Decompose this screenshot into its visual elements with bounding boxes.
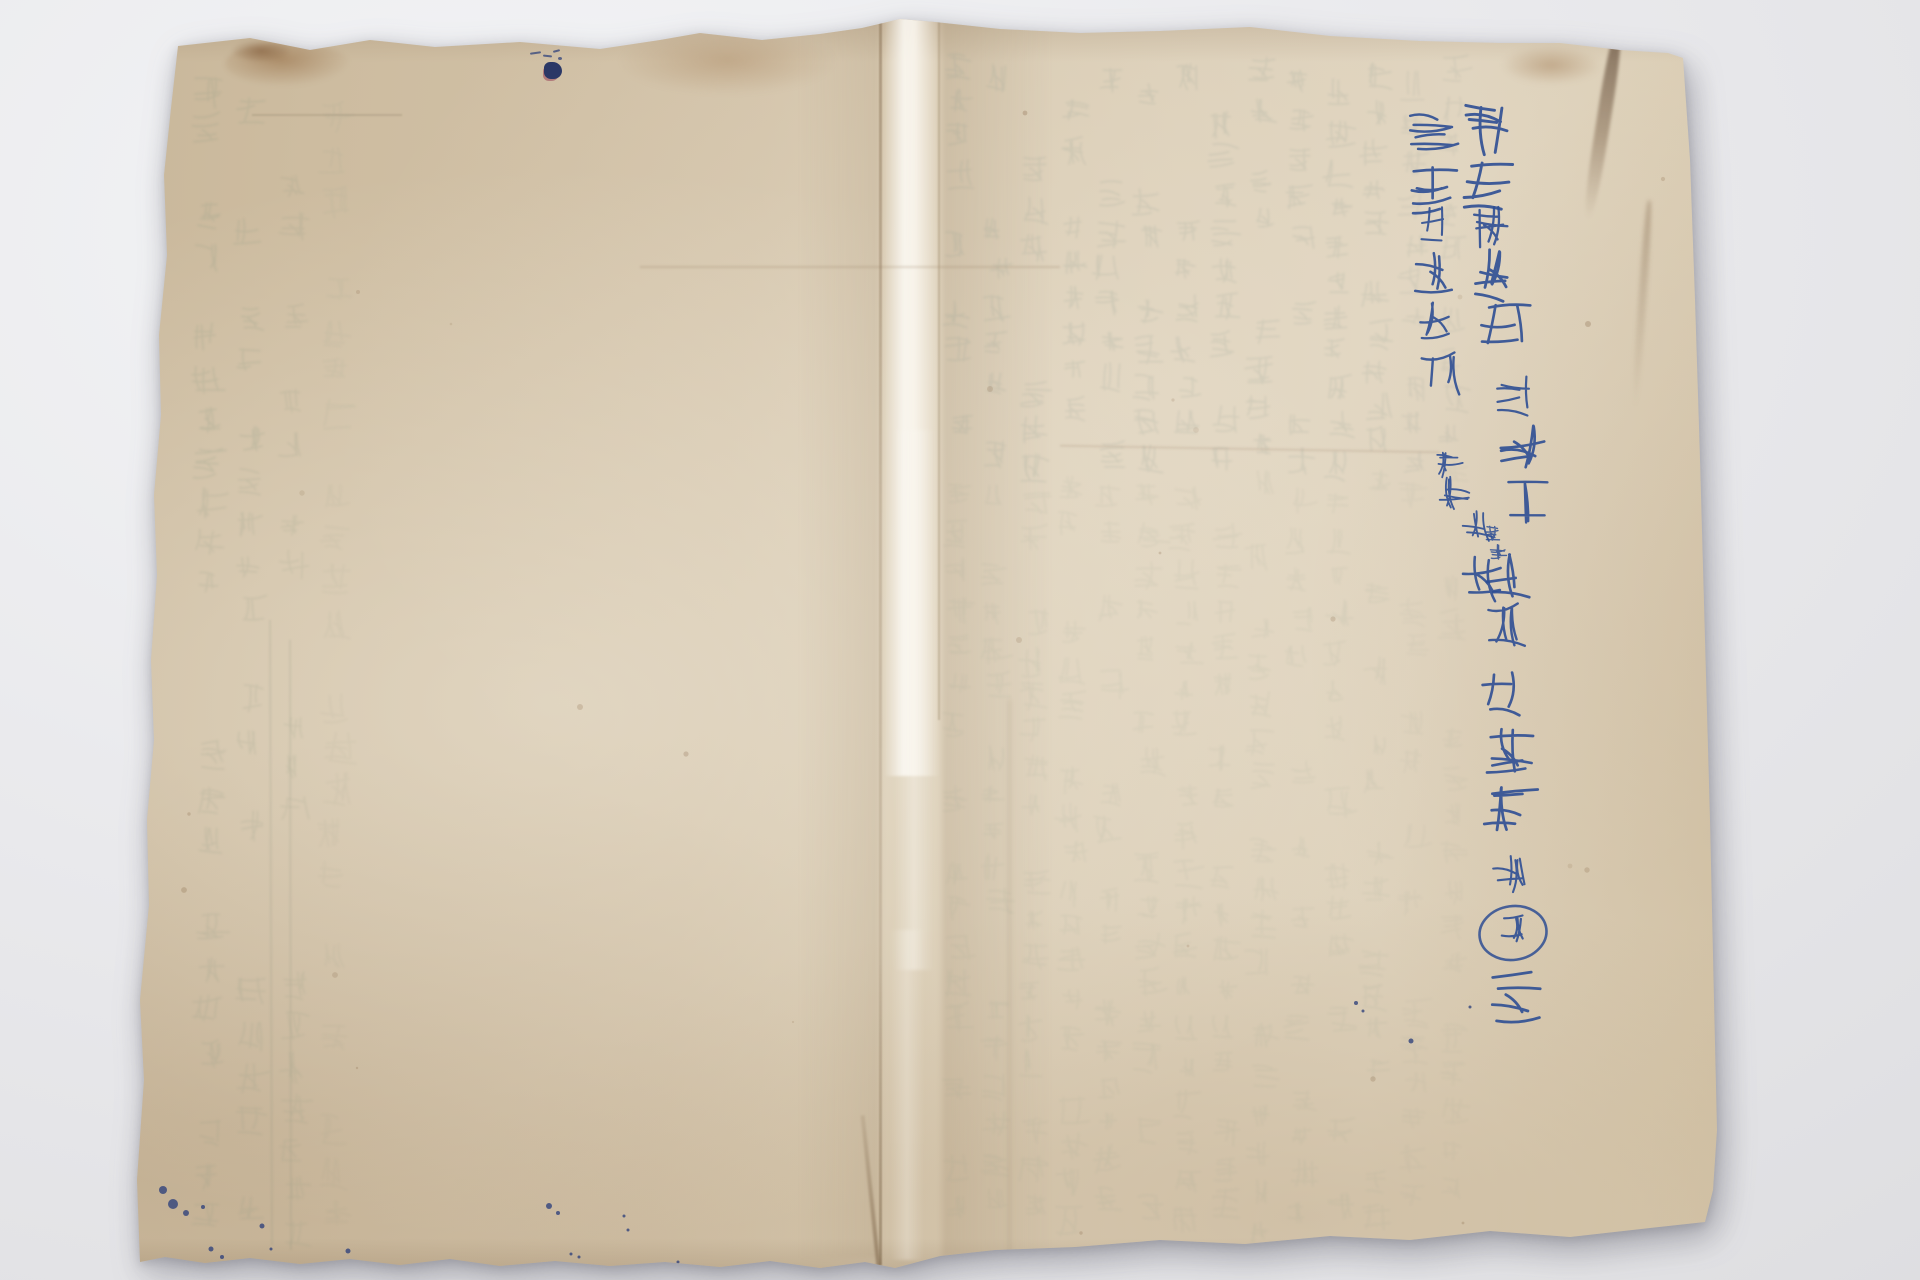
- ink-blot-top-edge: [544, 62, 562, 79]
- ink-render-layer: [0, 0, 1920, 1280]
- vertical-crease-right-page: [1008, 700, 1011, 1260]
- center-fold-crease-line: [879, 20, 882, 1265]
- ink-scratch-mark: [543, 55, 552, 58]
- ink-speck: [558, 57, 562, 60]
- handwriting-school-class-text: 朝鮮大學校 附屬中學校 第参學年 ㊃班: [1458, 98, 1515, 1078]
- horizontal-crease-1: [640, 266, 1060, 268]
- horizontal-crease-2: [1060, 445, 1440, 454]
- fold-bottom-crease: [861, 1115, 882, 1275]
- center-fold-worn-strip-low: [890, 930, 924, 1260]
- fold-shading-left: [798, 18, 880, 1258]
- paper-shadow-wrap: 朝鮮大學校 附屬中學校 第参學年 ㊃班 光州市東明洞 一区二班: [0, 0, 1920, 1280]
- crease-stain-top-right: [1581, 28, 1625, 220]
- handwriting-address-text: 光州市東明洞 一区二班: [1404, 104, 1459, 624]
- ink-specks: [159, 1001, 1472, 1264]
- crease-stain-top-right-tail: [1631, 200, 1654, 410]
- stain-top-right: [1502, 46, 1600, 84]
- ink-scratch-mark: [553, 49, 560, 53]
- paper-spread: 朝鮮大學校 附屬中學校 第参學年 ㊃班 光州市東明洞 一区二班: [0, 0, 1920, 1280]
- brown-stain-top-left: [225, 42, 350, 86]
- fold-shading-right: [942, 18, 1052, 1258]
- ink-scratch-mark: [530, 51, 541, 55]
- center-fold-worn-strip: [884, 16, 940, 776]
- photo-of-document: 朝鮮大學校 附屬中學校 第参學年 ㊃班 光州市東明洞 一区二班: [0, 0, 1920, 1280]
- center-fold-crease-line-right: [938, 20, 940, 720]
- bleedthrough-left-page: [192, 78, 356, 1250]
- center-fold-worn-strip-mid: [894, 430, 934, 970]
- horizontal-crease-3: [252, 114, 402, 116]
- brown-stain-top-left-core: [232, 40, 290, 62]
- bleedthrough-right-page: [943, 54, 1472, 1242]
- stain-top-center-fold: [620, 28, 835, 94]
